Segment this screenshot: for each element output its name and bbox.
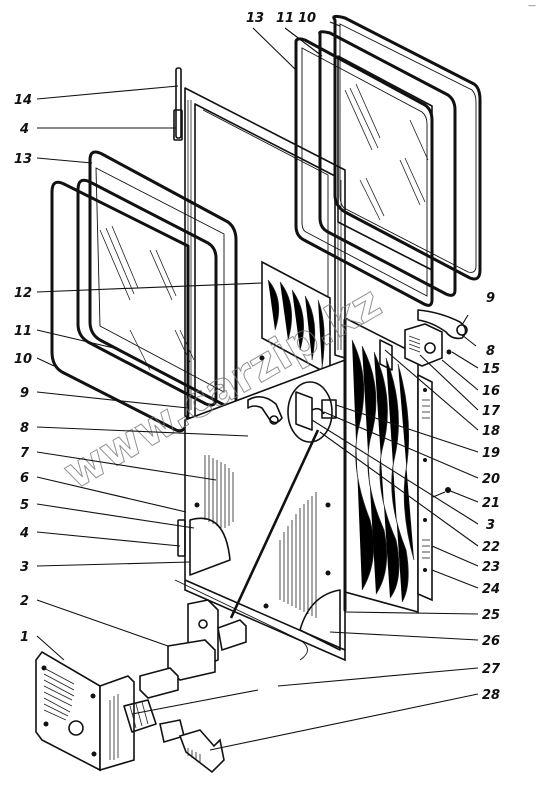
striker-strip [418, 375, 451, 600]
callout-20: 20 [482, 472, 500, 487]
callout-4: 4 [19, 122, 29, 137]
callout-labels-left: 14 4 13 12 11 10 9 8 7 6 5 4 3 2 1 [14, 93, 32, 645]
callout-2: 2 [20, 594, 29, 609]
callout-3-right: 3 [486, 518, 495, 533]
corner-mark: — [528, 1, 536, 10]
callout-11-top: 11 [276, 11, 294, 26]
callout-23: 23 [482, 560, 500, 575]
callout-3: 3 [20, 560, 29, 575]
callout-28: 28 [482, 688, 500, 703]
callout-25: 25 [482, 608, 500, 623]
callout-13-top: 13 [246, 11, 264, 26]
callout-16: 16 [482, 384, 500, 399]
upper-right-window-assembly [296, 16, 480, 305]
callout-13: 13 [14, 152, 32, 167]
callout-26: 26 [482, 634, 500, 649]
exploded-door-diagram: — [0, 0, 542, 802]
callout-10: 10 [14, 352, 32, 367]
callout-21: 21 [482, 496, 500, 511]
callout-1: 1 [20, 630, 29, 645]
callout-11: 11 [14, 324, 32, 339]
callout-8-right: 8 [486, 344, 495, 359]
callout-15: 15 [482, 362, 500, 377]
callout-9: 9 [20, 386, 29, 401]
callout-17: 17 [482, 404, 501, 419]
callout-7: 7 [20, 446, 30, 461]
callout-6: 6 [20, 471, 29, 486]
callout-10-top: 10 [298, 11, 316, 26]
outer-handle-latch [36, 600, 246, 772]
callout-12: 12 [14, 286, 32, 301]
callout-5: 5 [20, 498, 29, 513]
callout-4-lower: 4 [19, 526, 29, 541]
callout-9-right: 9 [486, 291, 495, 306]
callout-24: 24 [482, 582, 500, 597]
callout-8: 8 [20, 421, 29, 436]
callout-22: 22 [482, 540, 500, 555]
inner-trim-panel [345, 318, 418, 612]
callout-18: 18 [482, 424, 500, 439]
callout-27: 27 [482, 662, 501, 677]
callout-19: 19 [482, 446, 500, 461]
callout-labels-top: 13 11 10 [246, 11, 316, 26]
callout-14: 14 [14, 93, 32, 108]
callout-labels-right: 9 8 15 16 17 18 19 20 21 3 22 23 24 25 2… [482, 291, 501, 703]
